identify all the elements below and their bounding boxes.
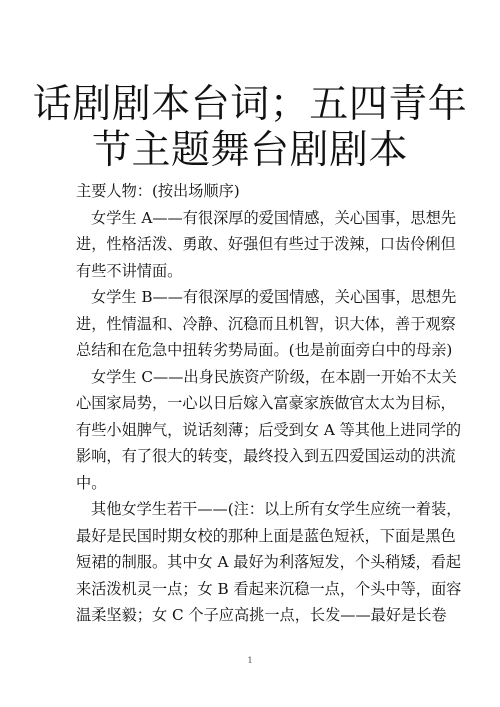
paragraph-other-students-line: 其他女学生若干——(注：以上所有女学生应统一着装，	[76, 496, 426, 523]
page-title-line-2: 节主题舞台剧剧本	[0, 128, 500, 174]
page-number: 1	[0, 656, 500, 665]
paragraph-student-c-line: 有些小姐脾气，说话刻薄；后受到女 A 等其他上进同学的	[76, 417, 426, 444]
paragraph-student-a-line: 进，性格活泼、勇敢、好强但有些过于泼辣，口齿伶俐但	[76, 231, 426, 258]
paragraph-student-c-line: 影响，有了很大的转变，最终投入到五四爱国运动的洪流	[76, 443, 426, 470]
document-page: 话剧剧本台词；五四青年 节主题舞台剧剧本 主要人物：(按出场顺序) 女学生 A—…	[0, 0, 500, 707]
paragraph-other-students-line: 短裙的制服。其中女 A 最好为利落短发，个头稍矮，看起	[76, 549, 426, 576]
paragraph-student-c-line: 心国家局势，一心以日后嫁入富豪家族做官太太为目标，	[76, 390, 426, 417]
characters-heading: 主要人物：(按出场顺序)	[76, 178, 426, 205]
paragraph-student-b-line: 女学生 B——有很深厚的爱国情感，关心国事，思想先	[76, 284, 426, 311]
paragraph-student-b-line: 总结和在危急中扭转劣势局面。(也是前面旁白中的母亲)	[76, 337, 426, 364]
paragraph-student-b-line: 进，性情温和、冷静、沉稳而且机智，识大体，善于观察	[76, 311, 426, 338]
paragraph-other-students-line: 最好是民国时期女校的那种上面是蓝色短袄，下面是黑色	[76, 523, 426, 550]
paragraph-student-a-line: 女学生 A——有很深厚的爱国情感，关心国事，思想先	[76, 205, 426, 232]
paragraph-student-a-line: 有些不讲情面。	[76, 258, 426, 285]
paragraph-student-c-line: 女学生 C——出身民族资产阶级，在本剧一开始不太关	[76, 364, 426, 391]
paragraph-other-students-line: 来活泼机灵一点；女 B 看起来沉稳一点，个头中等，面容	[76, 576, 426, 603]
page-title-line-1: 话剧剧本台词；五四青年	[0, 82, 500, 128]
paragraph-other-students-line: 温柔坚毅；女 C 个子应高挑一点，长发——最好是长卷	[76, 602, 426, 629]
paragraph-student-c-line: 中。	[76, 470, 426, 497]
document-body: 主要人物：(按出场顺序) 女学生 A——有很深厚的爱国情感，关心国事，思想先 进…	[76, 178, 426, 629]
